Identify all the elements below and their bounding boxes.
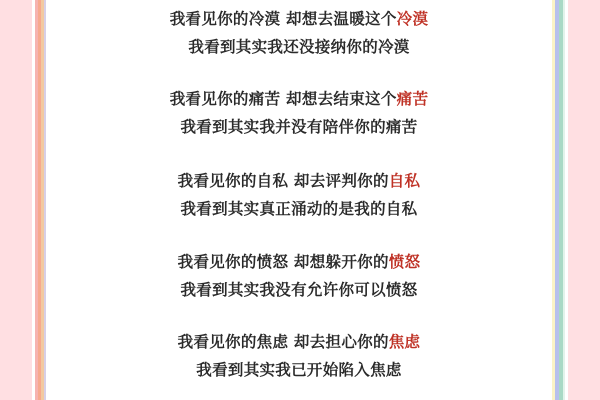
stanza-line-2: 我看到其实我已开始陷入焦虑 [46, 356, 552, 384]
left-rainbow-border [32, 0, 46, 400]
border-stripe [565, 0, 568, 400]
stanza-line-1: 我看见你的愤怒 却想躲开你的愤怒 [46, 248, 552, 276]
stanza-line-2: 我看到其实真正涌动的是我的自私 [46, 195, 552, 223]
stanza-line-2: 我看到其实我没有允许你可以愤怒 [46, 276, 552, 304]
stanza-pain: 我看见你的痛苦 却想去结束这个痛苦 我看到其实我并没有陪伴你的痛苦 [46, 85, 552, 141]
line-text: 我看见你的焦虑 却去担心你的 [178, 333, 389, 351]
line-text: 我看见你的痛苦 却想去结束这个 [170, 90, 397, 108]
right-rainbow-border [552, 0, 568, 400]
poem-card: 我看见你的冷漠 却想去温暖这个冷漠 我看到其实我还没接纳你的冷漠 我看见你的痛苦… [46, 0, 552, 400]
stanza-line-1: 我看见你的焦虑 却去担心你的焦虑 [46, 328, 552, 356]
poem-page: 我看见你的冷漠 却想去温暖这个冷漠 我看到其实我还没接纳你的冷漠 我看见你的痛苦… [0, 0, 600, 400]
stanza-coldness: 我看见你的冷漠 却想去温暖这个冷漠 我看到其实我还没接纳你的冷漠 [46, 5, 552, 61]
line-text: 我看见你的愤怒 却想躲开你的 [178, 253, 389, 271]
stanza-selfishness: 我看见你的自私 却去评判你的自私 我看到其实真正涌动的是我的自私 [46, 167, 552, 223]
highlight-word: 焦虑 [389, 333, 421, 351]
highlight-word: 痛苦 [397, 90, 429, 108]
stanza-line-2: 我看到其实我还没接纳你的冷漠 [46, 33, 552, 61]
highlight-word: 愤怒 [389, 253, 421, 271]
stanza-line-1: 我看见你的自私 却去评判你的自私 [46, 167, 552, 195]
stanza-line-1: 我看见你的冷漠 却想去温暖这个冷漠 [46, 5, 552, 33]
stanza-line-1: 我看见你的痛苦 却想去结束这个痛苦 [46, 85, 552, 113]
stanza-anxiety: 我看见你的焦虑 却去担心你的焦虑 我看到其实我已开始陷入焦虑 [46, 328, 552, 384]
stanza-anger: 我看见你的愤怒 却想躲开你的愤怒 我看到其实我没有允许你可以愤怒 [46, 248, 552, 304]
highlight-word: 冷漠 [397, 10, 429, 28]
highlight-word: 自私 [389, 172, 421, 190]
line-text: 我看见你的自私 却去评判你的 [178, 172, 389, 190]
stanza-line-2: 我看到其实我并没有陪伴你的痛苦 [46, 113, 552, 141]
line-text: 我看见你的冷漠 却想去温暖这个 [170, 10, 397, 28]
